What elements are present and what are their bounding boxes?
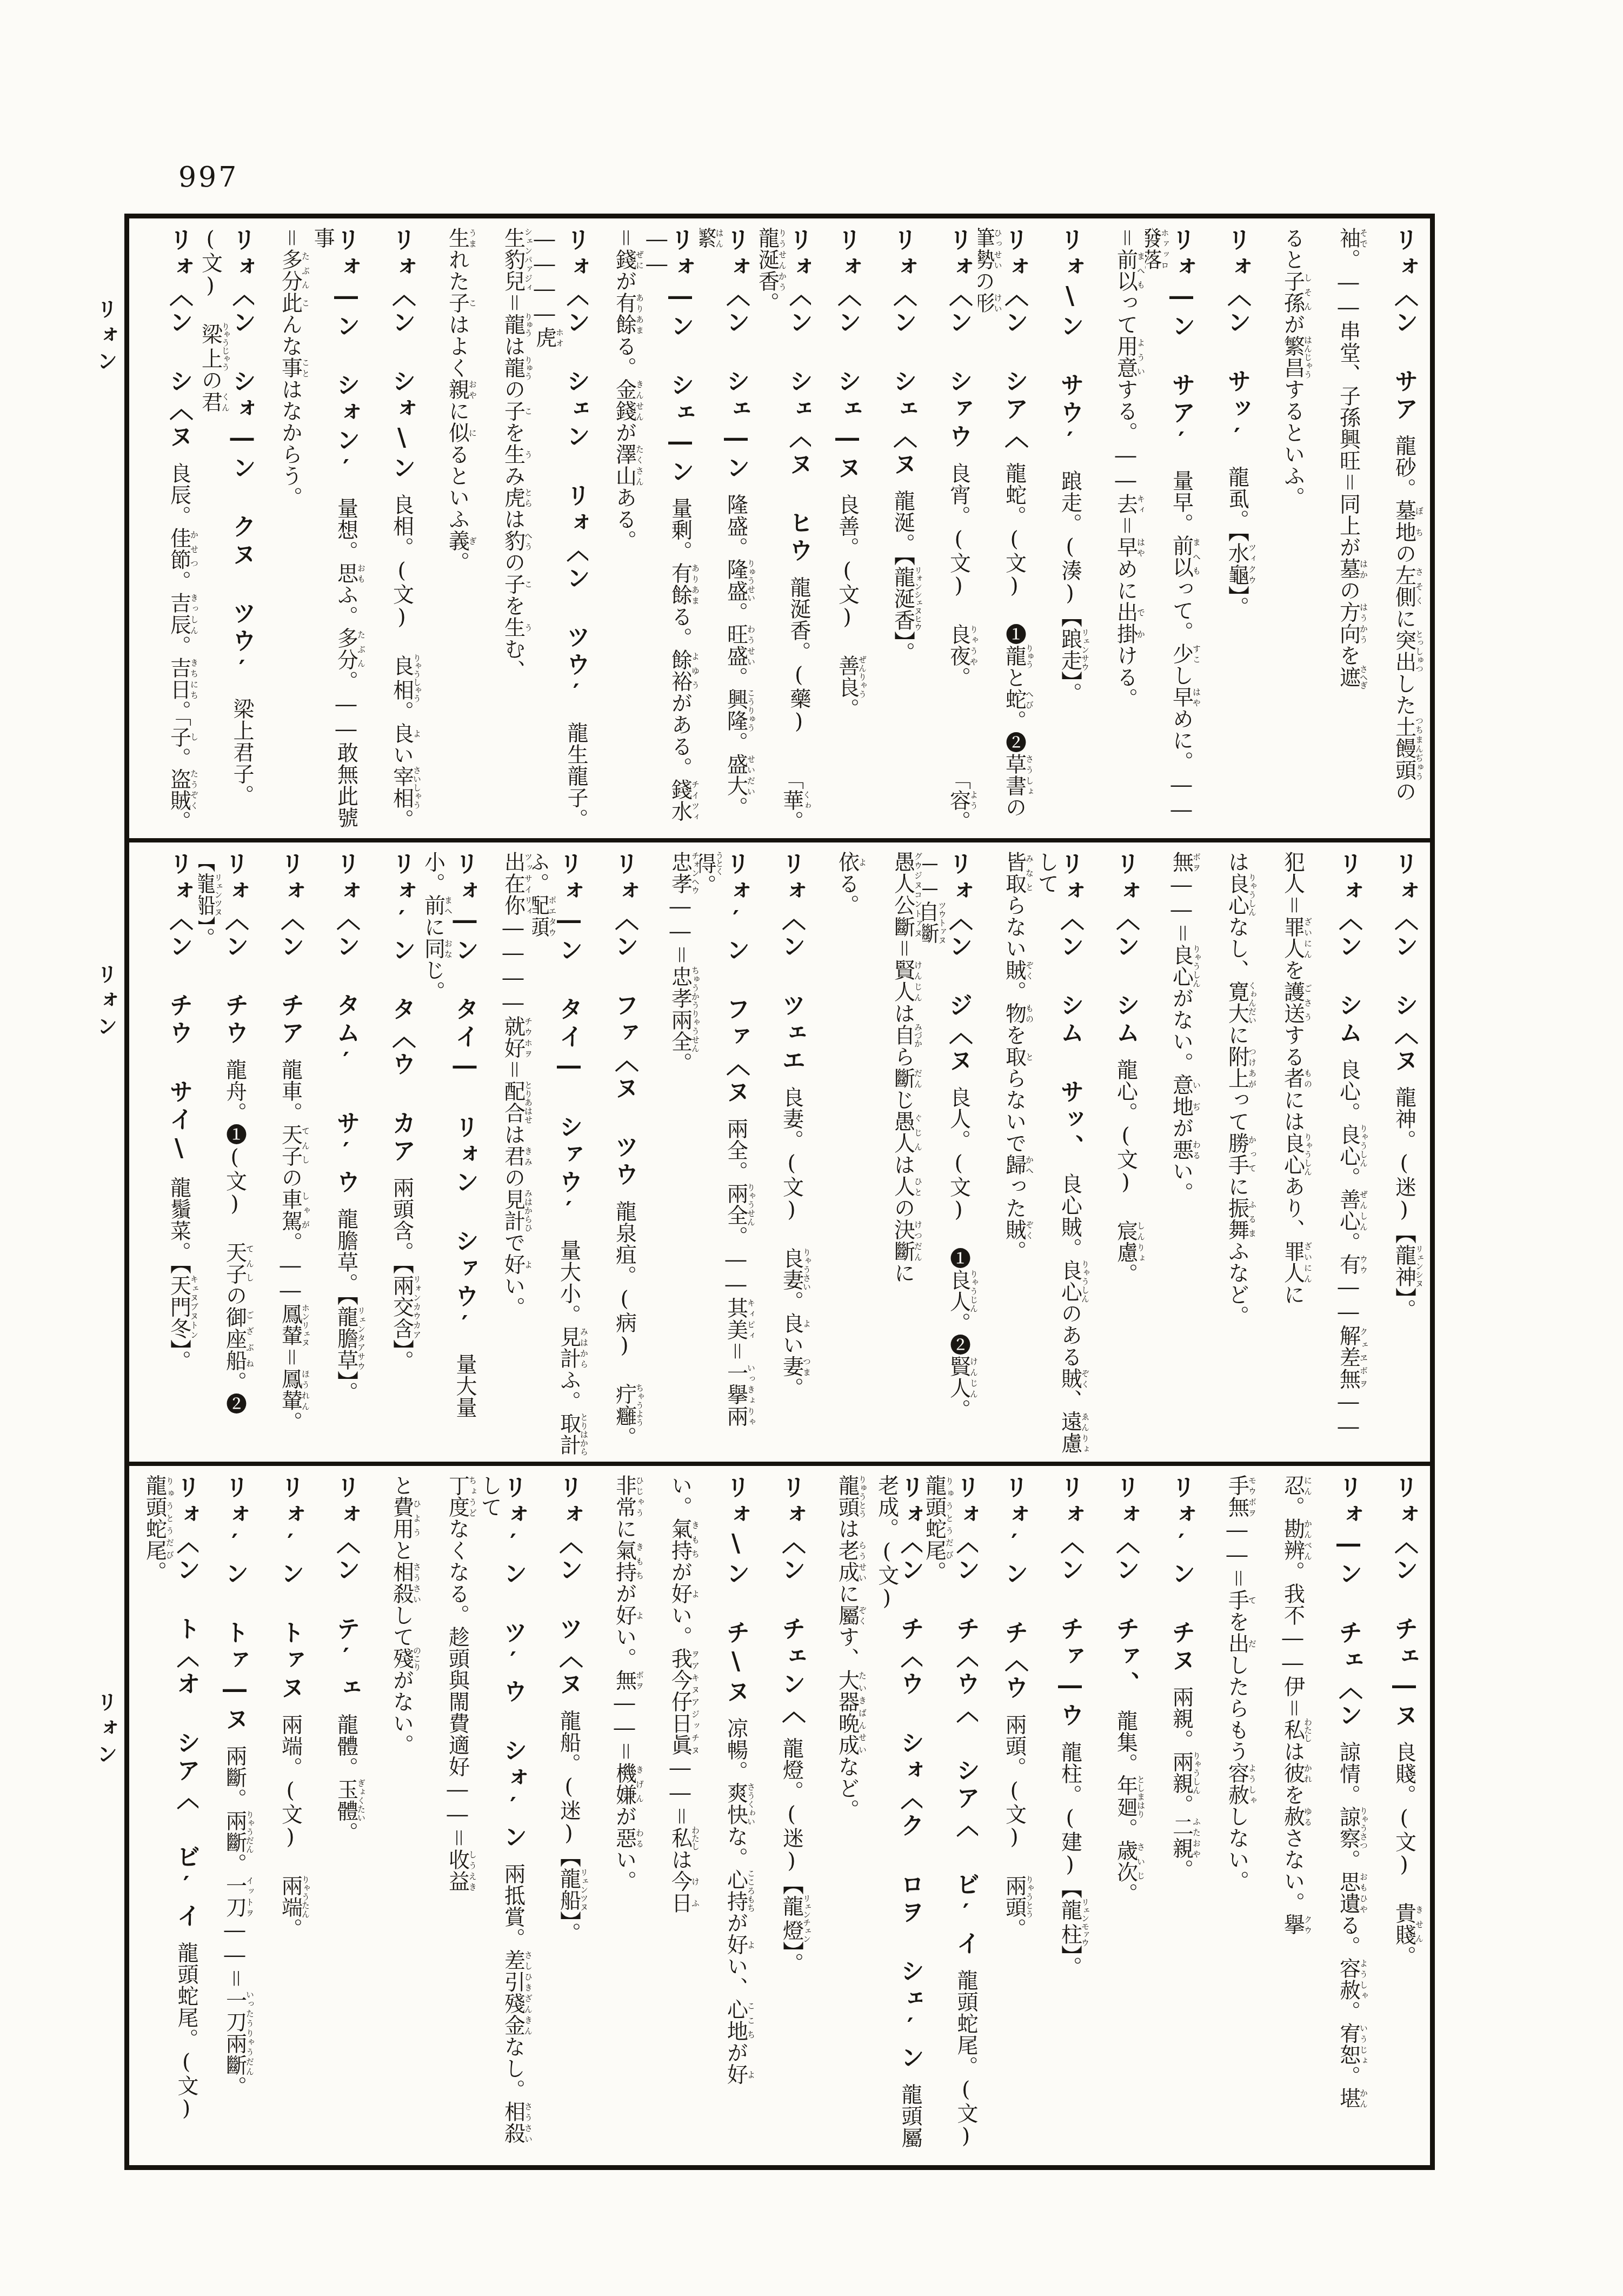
entry-body-text: 踉走。(湊)【踉走リェンサウ】。 — [1058, 470, 1082, 704]
entry-column: リォ〈ン チ〈ウ シォ〈ク ロヲ シェ′ン龍頭屬老成。(文) — [867, 1475, 922, 2162]
entry-column: リォ〈ン タム′ サ′ウ龍膽草。【龍膽草リェンタアサウ】。 — [310, 851, 365, 1458]
entry-headword: リォ―ン サア′ — [1168, 227, 1195, 470]
entry-column: リォ〈ン ジ〈ヌ良人。(文) ❶良人りゃうじん。❷賢人けんじん。――自斷ツウトァ… — [922, 851, 978, 1458]
margin-label-bottom: リォン — [91, 1691, 121, 1769]
entry-body-text: は良心りゃうしんなし、寛大くゎんだいに附上つけあがって勝手かってに振舞ふるまふな… — [1225, 851, 1249, 1327]
entry-body-text: 兩親。兩親りゃうしん。二親ふたおや。 — [1169, 1686, 1194, 1881]
entry-body-text: ＝多分たぶん此こんな事ことはなからう。 — [278, 227, 303, 508]
entry-column: リォ〈ン シム龍心。(文) 宸慮しんりょ。 — [1089, 851, 1145, 1458]
entry-headword: リォ′ン チ〈ウ — [1001, 1475, 1028, 1714]
entry-body-text: 龍涎。【龍涎香リォンシェヌヒウ】。 — [891, 490, 915, 663]
entry-column: 丁度ちょうどなくなる。趁頭與閙費適好――＝收益しうえき — [421, 1475, 477, 2162]
entry-headword: リォ〈ン チェ―ヌ — [1391, 1475, 1418, 1741]
entry-headword: リォ〈ン シェ〈ヌ — [889, 227, 917, 490]
entry-column: リォ〈ン シ〈ヌ龍神。(迷)【龍神リェンシヌ】。 — [1368, 851, 1424, 1458]
entry-body-text: 凉暢。爽快さうくゎいな。心持こころもちが好よい、心地ここちが好よ — [724, 1717, 748, 2085]
entry-body-text: と費用ひようと相殺さうさいして殘のこりがない。 — [390, 1475, 414, 1756]
entry-headword: リォ\ン サウ′ — [1056, 227, 1084, 470]
entry-column: リォ―ン タイ― シァウ′量大小。見計みはからふ。取計とりはからふ。配頭ポエタウ — [533, 851, 588, 1458]
entry-column: リォ〈ン チァ―ウ龍柱。(建)【龍柱リェンモァウ】。 — [1034, 1475, 1089, 2162]
entry-body-text: 龍船。(迷)【龍船リェンツヌ】。 — [557, 1710, 581, 1944]
entry-headword: リォ〈ン シェ〈ヌ ヒウ — [785, 227, 811, 576]
entry-headword: リォ―ン チェ〈ン — [1335, 1475, 1362, 1741]
entry-headword: リォ〈ン シ〈ヌ — [165, 227, 193, 462]
entry-body-text: 良宵。(文) 良夜りゃうや。 — [947, 462, 971, 688]
entry-body-text: 忍にん。勘辨かんべん。我不――伊＝私わたしは彼かれを赦ゆるさない。擧クウ — [1281, 1475, 1305, 1935]
entry-body-text: 龍頭りゅうとうは老成らうせいに屬ぞくす、大器晩成たいきばんせいなど。 — [835, 1475, 860, 1821]
entry-body-text: 愚人公斷グウジヌコントァヌ＝賢人けんじんは自みづから斷だんじ愚人ぐじんは人ひとの… — [891, 851, 915, 1284]
entry-column: リォ′ン チ〈ウ兩頭。(文) 兩頭りゃうとう。 — [978, 1475, 1034, 2162]
entry-column: リォ―ン シォン′量想。思おもふ。多分たぶん。――敢無此號事 — [310, 227, 365, 835]
entry-headword: リォ〈ン ファ〈ヌ ツウ — [611, 851, 638, 1200]
entry-body-text: 龍虱。【水龜ツィクウ】。 — [1225, 466, 1249, 618]
entry-body-text: ると子孫しそんが繁昌はんじゃうするといふ。 — [1281, 227, 1305, 508]
entry-column: リォ〈ン テ′ェ龍體。玉體ぎょくたい。 — [310, 1475, 365, 2162]
entry-headword: リォ〈ン チァ、 — [1112, 1475, 1140, 1710]
entry-headword: リォ′ン タ〈ウ カア — [388, 851, 416, 1177]
entry-body-text: 兩頭含。【兩交含リォンカウカア】。 — [390, 1177, 414, 1372]
entry-body-text: 龍砂。墓地ぼちの左側さそくに突出とっしゅつした土饅頭つちまんぢゅうの — [1392, 435, 1416, 802]
entry-body-text: ＝前以まへもって用意よういする。――去キィ＝早はやめに出掛でかける。 — [1114, 227, 1138, 709]
entry-body-text: 龍車。天子てんしの車駕しゃが。――鳳輦ホンリェヌ＝鳳輦ほうれん。 — [278, 1059, 303, 1433]
entry-column: リォ〈ン シ〈ヌ良辰。佳節かせつ。吉辰きっしん。吉日きちにち。「子し。盗賊たうぞ… — [143, 227, 198, 835]
entry-column: リォ〈ン シェ―ン隆盛。隆盛りゅうせい。旺盛わうせい。興隆こうりゅう。盛大せいだ… — [700, 227, 755, 835]
entry-column: は良心りゃうしんなし、寛大くゎんだいに附上つけあがって勝手かってに振舞ふるまふな… — [1201, 851, 1256, 1458]
entry-body-text: 龍神。(迷)【龍神リェンシヌ】。 — [1392, 1086, 1416, 1320]
entry-body-text: 兩頭。(文) 兩頭りゃうとう。 — [1002, 1714, 1027, 1940]
entry-column: リォ〈ン シォ\ン良相。(文) 良相りゃうしゃう。良よい宰相さいしゃう。 — [365, 227, 421, 835]
entry-column: リォ〈ン サア龍砂。墓地ぼちの左側さそくに突出とっしゅつした土饅頭つちまんぢゅう… — [1368, 227, 1424, 835]
entry-headword: リォ〈ン ツ〈ヌ — [555, 1475, 583, 1710]
entry-column: リォ〈ン シア〈龍蛇。(文) ❶龍りゅうと蛇へび。❷草書さうしょの筆勢ひっせいの… — [978, 227, 1034, 835]
entry-body-text: い。氣持きもちが好よい。我今仔日眞ヲアキヌアジッチヌ――＝私わたしは今日けふ — [668, 1475, 693, 1914]
entry-headword: リォ〈ン タム′ サ′ウ — [332, 851, 360, 1208]
entry-headword: リォ′ン ツ′ウ シォ′ン — [500, 1475, 527, 1863]
entry-column: 袖そで。――串堂、子孫興旺＝同上が墓はかの方向はうかうを遮さへぎ — [1312, 227, 1368, 835]
entry-headword: リォ―ン シォン′ — [332, 227, 360, 497]
entry-column: リォ〈ン シァウ良宵。(文) 良夜りゃうや。「容よう。 — [922, 227, 978, 835]
overflow-fragment: 「華くゎ。 — [755, 768, 811, 832]
entry-column: リォ〈ン チウ サイ\龍鬚菜。【天門冬キェヌブヌトン】。 — [143, 851, 198, 1458]
entry-headword: リォ〈ン シア〈 — [1001, 227, 1028, 462]
entry-column: リォ―ン シェ―ン量剰。有餘ありあまる。餘裕よゆうがある。錢水チイツィ―― — [644, 227, 700, 835]
entry-body-text: 龍膽草。【龍膽草リェンタアサウ】。 — [334, 1208, 358, 1403]
entry-column: と費用ひようと相殺さうさいして殘のこりがない。 — [365, 1475, 421, 2162]
entry-headword: リォ―ン シェ―ン — [667, 227, 694, 497]
entry-headword: リォ〈ン チウ サイ\ — [165, 851, 193, 1177]
entry-headword: リォ〈ン シォ―ン クヌ ツウ′ — [228, 227, 254, 698]
entry-column: 忍にん。勘辨かんべん。我不――伊＝私わたしは彼かれを赦ゆるさない。擧クウ — [1256, 1475, 1312, 2162]
entry-column: リォ〈ン シム サッ、良心賊。良心りゃうしんのある賊ぞく、遠慮ゑんりょして — [1034, 851, 1089, 1458]
entry-body-text: 非常ひじゃうに氣持きもちが好よい。無ボヲ――＝機嫌きげんが惡わるい。 — [613, 1475, 637, 1892]
entry-column: 出在你ツッサイリィ――――就好チウホヲ＝配合とりあはせは君きみの見計みはからひで… — [477, 851, 533, 1458]
entry-body-text: 手無モウボヲ――＝手てを出だしたらもう容赦ようしゃしない。 — [1225, 1475, 1249, 1892]
page-frame: リォ〈ン サア龍砂。墓地ぼちの左側さそくに突出とっしゅつした土饅頭つちまんぢゅう… — [124, 214, 1435, 2170]
entry-headword: リォ〈ン チ〈ウ〈 シア〈 ビ′イ — [952, 1475, 978, 1969]
entry-column: リォ〈ン ト〈オ シア〈 ビ′イ龍頭蛇尾。(文) 龍頭蛇尾りゅうとうだび。 — [143, 1475, 198, 2162]
entry-headword: リォ〈ン ツェエ — [778, 851, 806, 1086]
entry-body-text: 良賤。(文) 貴賤きせん。 — [1392, 1741, 1416, 1967]
entry-column: 忠孝チォンヘウ――＝忠孝兩全ちゅうかうりゃうせん。 — [644, 851, 700, 1458]
entry-column: 皆取みなとらない賊ぞく。物ものを取とらないで歸かへった賊ぞく。 — [978, 851, 1034, 1458]
entry-column: ＝多分たぶん此こんな事ことはなからう。 — [254, 227, 310, 835]
entry-body-text: 皆取みなとらない賊ぞく。物ものを取とらないで歸かへった賊ぞく。 — [1002, 851, 1027, 1262]
entry-body-text: 兩端。(文) 兩端りゃうたん。 — [278, 1714, 303, 1940]
entry-column: リォ〈ン シェ〈ヌ ヒウ龍涎香。(藥) 龍涎香りうせんかう。「華くゎ。 — [755, 227, 811, 835]
entry-column: リォ\ン サウ′踉走。(湊)【踉走リェンサウ】。 — [1034, 227, 1089, 835]
entry-column: 依よる。 — [811, 851, 867, 1458]
entry-body-text: 丁度ちょうどなくなる。趁頭與閙費適好――＝收益しうえき — [445, 1475, 470, 1892]
margin-label-top: リォン — [91, 298, 121, 376]
entry-body-text: 龍集。年廻としまはり。歳次さいじ。 — [1114, 1710, 1138, 1905]
entry-headword: リォ〈ン チウ — [221, 851, 249, 1059]
overflow-fragment: 「子し。盗賊たうぞく。 — [143, 705, 198, 832]
entry-column: 生うまれた子こはよく親おやに似にるといふ義ぎ。 — [421, 227, 477, 835]
entry-body-text: 依よる。 — [835, 851, 860, 916]
entry-headword: リォ′ン トァ―ヌ — [221, 1475, 249, 1745]
entry-body-text: 龍泉疽。(病) 疔癰ちゃうよう。 — [613, 1200, 637, 1448]
entry-body-text: 生豹兒シェンパァジィ＝龍りゅうは龍りゅうの子こを生うみ虎とらは豹へうの子こを生う… — [501, 227, 526, 681]
entry-headword: リォ′ン チヌ — [1168, 1475, 1195, 1686]
entry-body-text: 龍心。(文) 宸慮しんりょ。 — [1114, 1059, 1138, 1285]
entry-column: 無ボヲ――＝良心りゃうしんがない。意地いぢが悪わるい。 — [1145, 851, 1201, 1458]
entry-band-bottom: リォ〈ン チェ―ヌ良賤。(文) 貴賤きせん。リォ―ン チェ〈ン諒情。諒察りゃうさ… — [129, 1462, 1430, 2165]
entry-headword: リォ〈ン シェン リォ〈ン ツウ′ — [562, 227, 588, 722]
entry-body-text: 良相。(文) 良相りゃうしゃう。良よい宰相さいしゃう。 — [390, 494, 414, 831]
entry-column: ＝前以まへもって用意よういする。――去キィ＝早はやめに出掛でかける。 — [1089, 227, 1145, 835]
entry-body-text: 無ボヲ――＝良心りゃうしんがない。意地いぢが悪わるい。 — [1169, 851, 1194, 1204]
entry-column: リォ―ン タイ― リォン シァウ′量大量小。前まへに同おなじ。 — [421, 851, 477, 1458]
overflow-fragment: 「容よう。 — [922, 768, 978, 832]
entry-headword: リォ〈ン サア — [1391, 227, 1418, 435]
entry-column: リォ―ン チェ〈ン諒情。諒察りゃうさつ。思遺おもひやる。容赦ようしゃ。宥恕いうじ… — [1312, 1475, 1368, 2162]
entry-body-text: 龍燈。(迷)【龍燈リェンチェン】。 — [780, 1737, 804, 1974]
entry-headword: リォ〈ン サッ′ — [1223, 227, 1251, 466]
entry-headword: リォ―ン タイ― シァウ′ — [555, 851, 583, 1239]
entry-body-text: ＝錢ぜにが有餘ありあまる。金錢きんせんが澤山たくさんある。 — [613, 227, 637, 552]
dictionary-page-scan: 997 リォン リォン リォン リォ〈ン サア龍砂。墓地ぼちの左側さそくに突出と… — [0, 0, 1623, 2296]
entry-headword: リォ〈ン チェン〈 — [778, 1475, 806, 1737]
entry-column: リォ〈ン チァ、龍集。年廻としまはり。歳次さいじ。 — [1089, 1475, 1145, 2162]
entry-column: リォ―ン サア′量早。前以まへもって。少すこし早はやめに。――發落ホァッロ — [1145, 227, 1201, 835]
entry-column: ＝錢ぜにが有餘ありあまる。金錢きんせんが澤山たくさんある。 — [588, 227, 644, 835]
entry-column: リォ〈ン シム良心。良心りゃうしん。善心ぜんしん。有ウウ――解差無クェヱボヲ―― — [1312, 851, 1368, 1458]
entry-headword: リォ〈ン シム サッ、 — [1056, 851, 1084, 1173]
entry-headword: リォ〈ン チア — [277, 851, 304, 1059]
entry-column: リォ〈ン ファ〈ヌ ツウ龍泉疽。(病) 疔癰ちゃうよう。 — [588, 851, 644, 1458]
entry-column: リォ〈ン チェン〈龍燈。(迷)【龍燈リェンチェン】。 — [755, 1475, 811, 2162]
entry-column: リォ〈ン シェ〈ヌ龍涎。【龍涎香リォンシェヌヒウ】。 — [867, 227, 922, 835]
entry-column: リォ′ン トァヌ兩端。(文) 兩端りゃうたん。 — [254, 1475, 310, 2162]
entry-headword: リォ′ン ファ〈ヌ — [722, 851, 750, 1118]
entry-headword: リォ〈ン テ′ェ — [332, 1475, 360, 1714]
entry-body-text: 良辰。佳節かせつ。吉辰きっしん。吉日きちにち。 — [167, 462, 191, 722]
entry-body-text: 龍柱。(建)【龍柱リェンモァウ】。 — [1058, 1741, 1082, 1978]
entry-column: ると子孫しそんが繁昌はんじゃうするといふ。 — [1256, 227, 1312, 835]
entry-headword: リォ′ン トァヌ — [277, 1475, 304, 1714]
entry-headword: リォ〈ン シム — [1335, 851, 1362, 1059]
entry-column: リォ〈ン ツェエ良妻。(文) 良妻りゃうさい。良よい妻つま。 — [755, 851, 811, 1458]
entry-body-text: 犯人＝罪人ざいにんを護送ごさうする者ものには良心りゃうしんあり、罪人ざいにんに — [1281, 851, 1305, 1305]
entry-column: リォ〈ン チェ―ヌ良賤。(文) 貴賤きせん。 — [1368, 1475, 1424, 2162]
entry-column: リォ′ン トァ―ヌ兩斷。兩斷りゃうだん。一刀イットヲ――＝一刀兩斷いったうりゃう… — [198, 1475, 254, 2162]
entry-column: リォ〈ン シェ―ヌ良善。(文) 善良ぜんりゃう。 — [811, 227, 867, 835]
entry-headword: リォ〈ン チァ―ウ — [1056, 1475, 1084, 1741]
entry-body-text: 龍體。玉體ぎょくたい。 — [334, 1714, 358, 1843]
entry-column: リォ〈ン チ〈ウ〈 シア〈 ビ′イ龍頭蛇尾。(文) 龍頭蛇尾りゅうとうだび。 — [922, 1475, 978, 2162]
entry-column: リォ′ン タ〈ウ カア兩頭含。【兩交含リォンカウカア】。 — [365, 851, 421, 1458]
entry-headword: リォ〈ン ジ〈ヌ — [945, 851, 973, 1086]
entry-headword: リォ〈ン シァウ — [945, 227, 973, 462]
entry-column: リォ〈ン チア龍車。天子てんしの車駕しゃが。――鳳輦ホンリェヌ＝鳳輦ほうれん。 — [254, 851, 310, 1458]
entry-body-text: 忠孝チォンヘウ――＝忠孝兩全ちゅうかうりゃうせん。 — [668, 851, 693, 1074]
entry-column: 愚人公斷グウジヌコントァヌ＝賢人けんじんは自みづから斷だんじ愚人ぐじんは人ひとの… — [867, 851, 922, 1458]
entry-body-text: 袖そで。――串堂、子孫興旺＝同上が墓はかの方向はうかうを遮さへぎ — [1336, 227, 1361, 689]
entry-column: リォ′ン チヌ兩親。兩親りゃうしん。二親ふたおや。 — [1145, 1475, 1201, 2162]
entry-body-text: 諒情。諒察りゃうさつ。思遺おもひやる。容赦ようしゃ。宥恕いうじょ。堪かん — [1336, 1741, 1361, 2109]
entry-column: リォ〈ン サッ′龍虱。【水龜ツィクウ】。 — [1201, 227, 1256, 835]
entry-column: 生豹兒シェンパァジィ＝龍りゅうは龍りゅうの子こを生うみ虎とらは豹へうの子こを生う… — [477, 227, 533, 835]
entry-column: リォ〈ン シェン リォ〈ン ツウ′龍生龍子。――――虎ホオ — [533, 227, 588, 835]
entry-column: い。氣持きもちが好よい。我今仔日眞ヲアキヌアジッチヌ――＝私わたしは今日けふ — [644, 1475, 700, 2162]
entry-band-top: リォ〈ン サア龍砂。墓地ぼちの左側さそくに突出とっしゅつした土饅頭つちまんぢゅう… — [129, 218, 1430, 838]
entry-column: 犯人＝罪人ざいにんを護送ごさうする者ものには良心りゃうしんあり、罪人ざいにんに — [1256, 851, 1312, 1458]
page-number: 997 — [178, 161, 238, 194]
entry-column: リォ′ン ファ〈ヌ兩全。兩全りゃうせん。――其美キィピィ＝一擧兩得いっきょりゃう… — [700, 851, 755, 1458]
entry-headword: リォ\ン チ\ヌ — [722, 1475, 750, 1717]
entry-band-middle: リォ〈ン シ〈ヌ龍神。(迷)【龍神リェンシヌ】。リォ〈ン シム良心。良心りゃうし… — [129, 838, 1430, 1462]
entry-body-text: 出在你ツッサイリィ――――就好チウホヲ＝配合とりあはせは君きみの見計みはからひで… — [501, 851, 526, 1318]
entry-headword: リォ〈ン シ〈ヌ — [1391, 851, 1418, 1086]
entry-column: リォ〈ン シォ―ン クヌ ツウ′梁上君子。(文) 梁上りゃうじゃうの君くん — [198, 227, 254, 835]
entry-column: リォ〈ン チウ龍舟。❶(文) 天子てんしの御座船ござぶね。❷【龍船リェンツヌ】。 — [198, 851, 254, 1458]
entry-headword: リォ〈ン シォ\ン — [388, 227, 416, 494]
entry-body-text: 生うまれた子こはよく親おやに似にるといふ義ぎ。 — [445, 227, 470, 573]
entry-body-text: 良善。(文) 善良ぜんりゃう。 — [835, 494, 860, 720]
entry-headword: リォ〈ン シェ―ヌ — [834, 227, 861, 494]
entry-column: 龍頭りゅうとうは老成らうせいに屬ぞくす、大器晩成たいきばんせいなど。 — [811, 1475, 867, 2162]
entry-column: リォ〈ン ツ〈ヌ龍船。(迷)【龍船リェンツヌ】。 — [533, 1475, 588, 2162]
entry-column: リォ′ン ツ′ウ シォ′ン兩抵賞。差引殘金さしひきざんきんなし。相殺さうさいして — [477, 1475, 533, 2162]
entry-headword: リォ〈ン シム — [1112, 851, 1140, 1059]
entry-headword: リォ〈ン ト〈オ シア〈 ビ′イ — [172, 1475, 198, 1942]
entry-headword: リォ〈ン シェ―ン — [722, 227, 750, 494]
entry-column: 非常ひじゃうに氣持きもちが好よい。無ボヲ――＝機嫌きげんが惡わるい。 — [588, 1475, 644, 2162]
entry-headword: リォ―ン タイ― リォン シァウ′ — [451, 851, 477, 1353]
entry-body-text: 兩斷。兩斷りゃうだん。一刀イットヲ――＝一刀兩斷いったうりゃうだん。 — [223, 1745, 247, 2098]
margin-label-middle: リォン — [91, 964, 121, 1041]
entry-column: 手無モウボヲ――＝手てを出だしたらもう容赦ようしゃしない。 — [1201, 1475, 1256, 2162]
entry-body-text: 良心。良心りゃうしん。善心ぜんしん。有ウウ――解差無クェヱボヲ―― — [1336, 1059, 1361, 1439]
entry-column: リォ\ン チ\ヌ凉暢。爽快さうくゎいな。心持こころもちが好よい、心地ここちが好よ — [700, 1475, 755, 2162]
entry-headword: リォ〈ン チ〈ウ シォ〈ク ロヲ シェ′ン — [896, 1475, 922, 2083]
entry-body-text: 良妻。(文) 良妻りゃうさい。良よい妻つま。 — [780, 1086, 804, 1399]
entry-body-text: 龍鬚菜。【天門冬キェヌブヌトン】。 — [167, 1177, 191, 1372]
